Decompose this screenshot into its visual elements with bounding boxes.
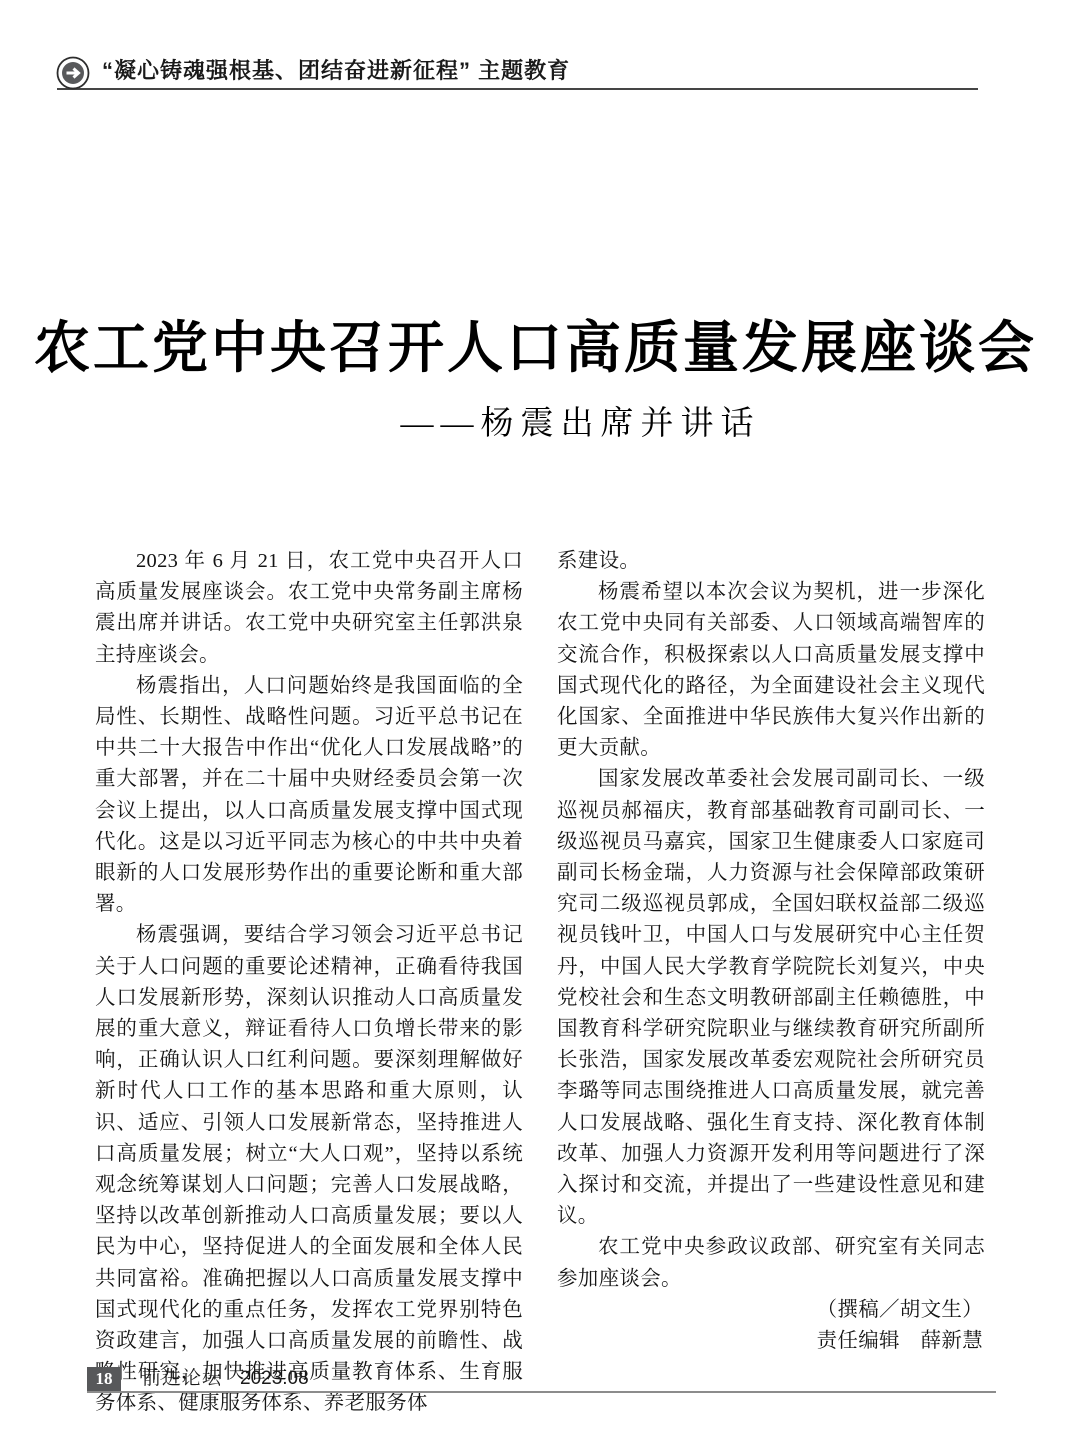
issue-number: 2023.08	[240, 1367, 309, 1391]
footer-rule	[87, 1391, 996, 1393]
journal-name: 前进论坛	[142, 1367, 222, 1391]
paragraph: 国家发展改革委社会发展司副司长、一级巡视员郝福庆，教育部基础教育司副司长、一级巡…	[557, 764, 985, 1232]
paragraph: 农工党中央参政议政部、研究室有关同志参加座谈会。	[557, 1232, 985, 1294]
article-body: 2023 年 6 月 21 日，农工党中央召开人口高质量发展座谈会。农工党中央常…	[95, 546, 985, 1420]
header-theme-label: “凝心铸魂强根基、团结奋进新征程” 主题教育	[102, 56, 570, 86]
responsible-editor: 责任编辑 薛新慧	[557, 1326, 985, 1357]
arrow-right-circle-icon	[56, 56, 90, 90]
paragraph: 2023 年 6 月 21 日，农工党中央召开人口高质量发展座谈会。农工党中央常…	[95, 546, 523, 671]
left-column: 2023 年 6 月 21 日，农工党中央召开人口高质量发展座谈会。农工党中央常…	[95, 546, 523, 1420]
magazine-page: “凝心铸魂强根基、团结奋进新征程” 主题教育 农工党中央召开人口高质量发展座谈会…	[0, 0, 1071, 1454]
paragraph-continuation: 系建设。	[557, 546, 985, 577]
article-title: 农工党中央召开人口高质量发展座谈会	[0, 316, 1071, 380]
paragraph: 杨震指出，人口问题始终是我国面临的全局性、长期性、战略性问题。习近平总书记在中共…	[95, 671, 523, 921]
page-number-badge: 18	[87, 1367, 121, 1391]
right-column: 系建设。 杨震希望以本次会议为契机，进一步深化农工党中央同有关部委、人口领域高端…	[557, 546, 985, 1420]
article-subtitle: ——杨震出席并讲话	[90, 402, 1071, 446]
header-rule	[57, 88, 978, 90]
paragraph: 杨震希望以本次会议为契机，进一步深化农工党中央同有关部委、人口领域高端智库的交流…	[557, 577, 985, 764]
paragraph: 杨震强调，要结合学习领会习近平总书记关于人口问题的重要论述精神，正确看待我国人口…	[95, 920, 523, 1419]
byline: （撰稿／胡文生）	[557, 1295, 985, 1326]
